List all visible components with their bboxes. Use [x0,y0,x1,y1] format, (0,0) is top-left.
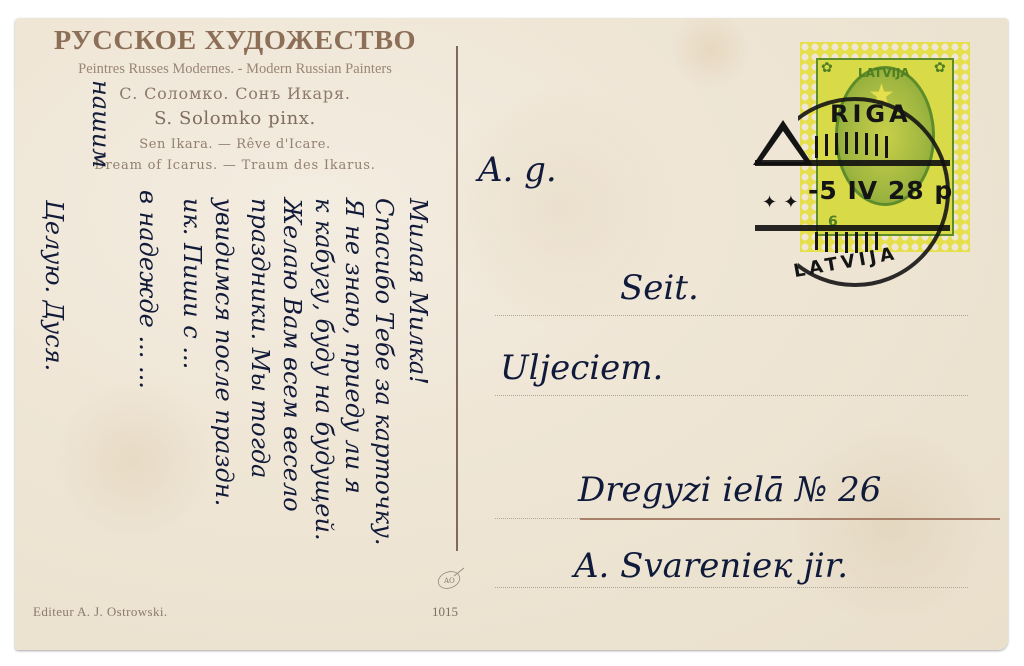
publisher-logo-icon: AO [436,566,466,590]
postmark-bar [755,160,950,166]
svg-text:AO: AO [443,577,455,585]
address-recipient-initials: A. g. [478,150,557,190]
message-line: увидимся после праздн. [210,198,238,506]
stamp-rosette-icon: ✿ [821,60,833,76]
address-city: Uljeciem. [500,348,663,388]
message-line: праздники. Мы тогда [246,198,274,478]
postmark-hatch [885,136,888,158]
message-line: Я не знаю, приеду ли я [340,198,368,494]
postmark-hatch [845,232,848,253]
postmark-hatch [855,132,858,154]
address-care-of: A. Svarenieк jir. [574,546,848,586]
artwork-title-1: Sen Ikara. — Rêve d'Icare. [20,137,450,152]
stamp-rosette-icon: ✿ [934,60,946,76]
street-underline [580,518,1000,520]
postmark-hatch [835,133,838,155]
postmark-hatch [875,134,878,156]
artwork-title-2: Dream of Icarus. — Traum des Ikarus. [20,158,450,173]
artist-credit: S. Solomko pinx. [20,108,450,129]
postmark-date: -5 IV 28 p [808,176,953,205]
address-line-rule [495,315,968,316]
address-line-rule [495,395,968,396]
postmark-hatch [865,133,868,155]
address-recipient-name: Seit. [620,268,699,308]
postmark-dots-icon: ✦ ✦ [762,192,798,213]
postmark-city: RIGA [830,100,912,128]
address-line-rule [495,587,968,588]
card-serial-number: 1015 [432,604,458,620]
message-line: Желаю Вам всем весело [278,198,306,512]
message-line: в надежде ... ... [134,190,162,389]
postmark-hatch [845,132,848,154]
center-divider [456,46,458,551]
address-street: Dregyzi ielā № 26 [578,470,881,510]
postmark-hatch [815,232,818,250]
publisher-credit: Editeur A. J. Ostrowski. [33,604,168,620]
message-line: нашим [87,80,115,168]
series-subtitle: Peintres Russes Modernes. - Modern Russi… [20,61,450,78]
postmark-hatch [815,136,818,158]
postmark-hatch [825,134,828,156]
message-line: Милая Милка! [404,198,432,385]
message-line: Целую. Дуся. [40,200,68,371]
publication-title: РУССКОЕ ХУДОЖЕСТВО [20,25,451,56]
message-line: Спасибо Тебе за карточку. [370,198,398,546]
artist-title-russian: С. Соломко. Сонъ Икаря. [20,84,450,103]
message-line: ик. Пиши с ... [178,198,206,369]
postmark-bar [755,225,950,231]
message-line: к кабугу, буду на будущей. [310,198,338,541]
postmark-hatch [825,232,828,252]
postmark-hatch [835,232,838,253]
